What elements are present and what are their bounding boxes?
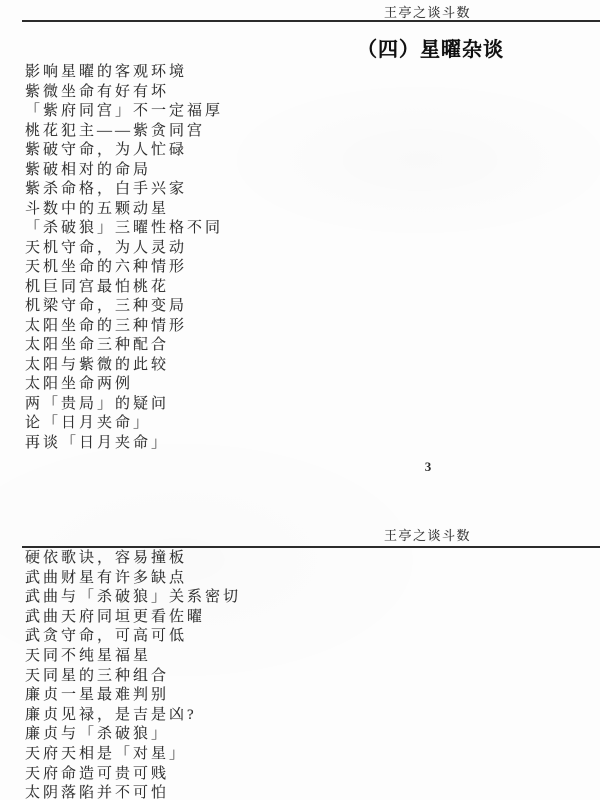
toc-entry: 武曲天府同垣更看佐曜	[25, 608, 241, 628]
toc-entry: 天府天相是「对星」	[25, 745, 241, 765]
toc-entry: 武曲与「杀破狼」关系密切	[25, 588, 241, 608]
toc-entry: 再谈「日月夹命」	[25, 434, 223, 454]
toc-entry: 廉贞与「杀破狼」	[25, 725, 241, 745]
header-rule	[22, 546, 600, 548]
toc-list-page1: 影响星曜的客观环境 紫微坐命有好有坏 「紫府同宫」不一定福厚 桃花犯主——紫贪同…	[25, 63, 223, 453]
toc-entry: 武贪守命，可高可低	[25, 627, 241, 647]
page-number: 3	[408, 459, 448, 475]
toc-entry: 廉贞一星最难判别	[25, 686, 241, 706]
toc-entry: 硬依歌诀，容易撞板	[25, 549, 241, 569]
toc-entry: 斗数中的五颗动星	[25, 200, 223, 220]
toc-entry: 紫破相对的命局	[25, 161, 223, 181]
toc-entry: 廉贞见禄，是吉是凶?	[25, 706, 241, 726]
toc-entry: 紫破守命，为人忙碌	[25, 141, 223, 161]
toc-entry: 紫杀命格，白手兴家	[25, 180, 223, 200]
toc-entry: 桃花犯主——紫贪同宫	[25, 122, 223, 142]
toc-list-page2: 硬依歌诀，容易撞板 武曲财星有许多缺点 武曲与「杀破狼」关系密切 武曲天府同垣更…	[25, 549, 241, 800]
toc-entry: 太阳坐命两例	[25, 375, 223, 395]
toc-entry: 机梁守命，三种变局	[25, 297, 223, 317]
chapter-title: （四）星曜杂谈	[357, 33, 504, 62]
toc-entry: 机巨同宫最怕桃花	[25, 278, 223, 298]
toc-entry: 武曲财星有许多缺点	[25, 569, 241, 589]
toc-entry: 天府命造可贵可贱	[25, 765, 241, 785]
toc-entry: 太阴落陷并不可怕	[25, 784, 241, 800]
toc-entry: 紫微坐命有好有坏	[25, 83, 223, 103]
toc-entry: 两「贵局」的疑问	[25, 395, 223, 415]
toc-entry: 太阳与紫微的此较	[25, 356, 223, 376]
toc-entry: 天机守命，为人灵动	[25, 239, 223, 259]
toc-entry: 天机坐命的六种情形	[25, 258, 223, 278]
running-header: 王亭之谈斗数	[384, 525, 471, 544]
header-rule	[22, 20, 600, 22]
toc-entry: 天同不纯星福星	[25, 647, 241, 667]
toc-entry: 天同星的三种组合	[25, 667, 241, 687]
toc-entry: 太阳坐命的三种情形	[25, 317, 223, 337]
toc-entry: 影响星曜的客观环境	[25, 63, 223, 83]
toc-entry: 「杀破狼」三曜性格不同	[25, 219, 223, 239]
toc-entry: 「紫府同宫」不一定福厚	[25, 102, 223, 122]
toc-entry: 论「日月夹命」	[25, 414, 223, 434]
toc-entry: 太阳坐命三种配合	[25, 336, 223, 356]
running-header: 王亭之谈斗数	[384, 2, 471, 21]
